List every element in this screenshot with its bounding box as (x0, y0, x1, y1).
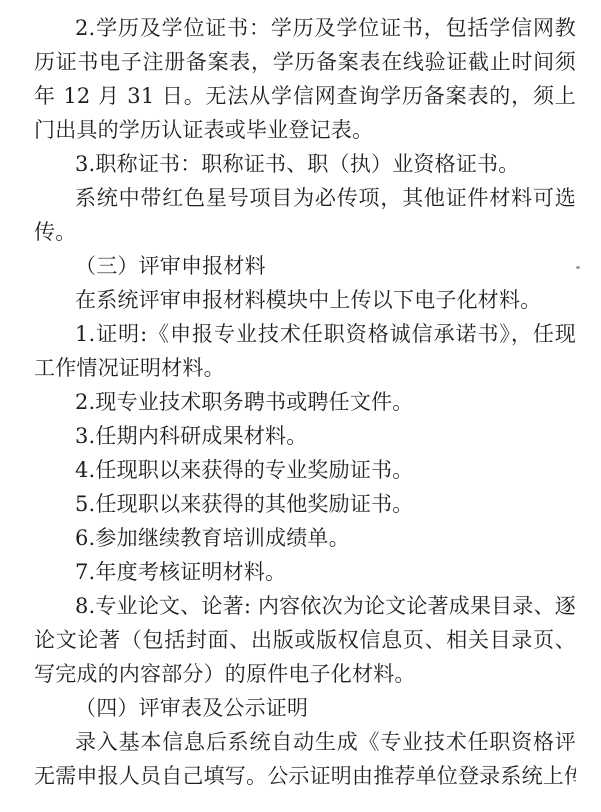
text-line: 2.现专业技术职务聘书或聘任文件。 (34, 385, 576, 419)
text-line: 工作情况证明材料。 (34, 351, 576, 385)
text-line: （三）评审申报材料 (34, 249, 576, 283)
text-line: 在系统评审申报材料模块中上传以下电子化材料。 (34, 283, 576, 317)
text-line: 年 12 月 31 日。无法从学信网查询学历备案表的，须上传教育部 (34, 79, 576, 113)
text-line: 3.任期内科研成果材料。 (34, 419, 576, 453)
document-page: 2.学历及学位证书：学历及学位证书，包括学信网教育部学历证书电子注册备案表，学历… (0, 0, 601, 812)
text-lines: 2.学历及学位证书：学历及学位证书，包括学信网教育部学历证书电子注册备案表，学历… (34, 11, 576, 793)
text-line: （四）评审表及公示证明 (34, 691, 576, 725)
text-line: 8.专业论文、论著: 内容依次为论文论著成果目录、逐篇（部） (34, 589, 576, 623)
text-line: 论文论著（包括封面、出版或版权信息页、相关目录页、本人撰 (34, 623, 576, 657)
text-line: 历证书电子注册备案表，学历备案表在线验证截止时间须为 2025 (34, 45, 576, 79)
text-line: 4.任现职以来获得的专业奖励证书。 (34, 453, 576, 487)
text-line: 写完成的内容部分）的原件电子化材料。 (34, 657, 576, 691)
text-line: 3.职称证书：职称证书、职（执）业资格证书。 (34, 147, 576, 181)
text-line: 7.年度考核证明材料。 (34, 555, 576, 589)
text-line: 5.任现职以来获得的其他奖励证书。 (34, 487, 576, 521)
text-line: 1.证明:《申报专业技术任职资格诚信承诺书》，任现职以来 (34, 317, 576, 351)
text-line: 2.学历及学位证书：学历及学位证书，包括学信网教育部学 (34, 11, 576, 45)
text-line: 录入基本信息后系统自动生成《专业技术任职资格评审表》， (34, 725, 576, 759)
text-line: 系统中带红色星号项目为必传项，其他证件材料可选择上 (34, 181, 576, 215)
text-line: 传。 (34, 215, 576, 249)
text-line: 6.参加继续教育培训成绩单。 (34, 521, 576, 555)
text-line: 门出具的学历认证表或毕业登记表。 (34, 113, 576, 147)
scan-speck (576, 266, 580, 269)
text-line: 无需申报人员自己填写。公示证明由推荐单位登录系统上传。 (34, 759, 576, 793)
